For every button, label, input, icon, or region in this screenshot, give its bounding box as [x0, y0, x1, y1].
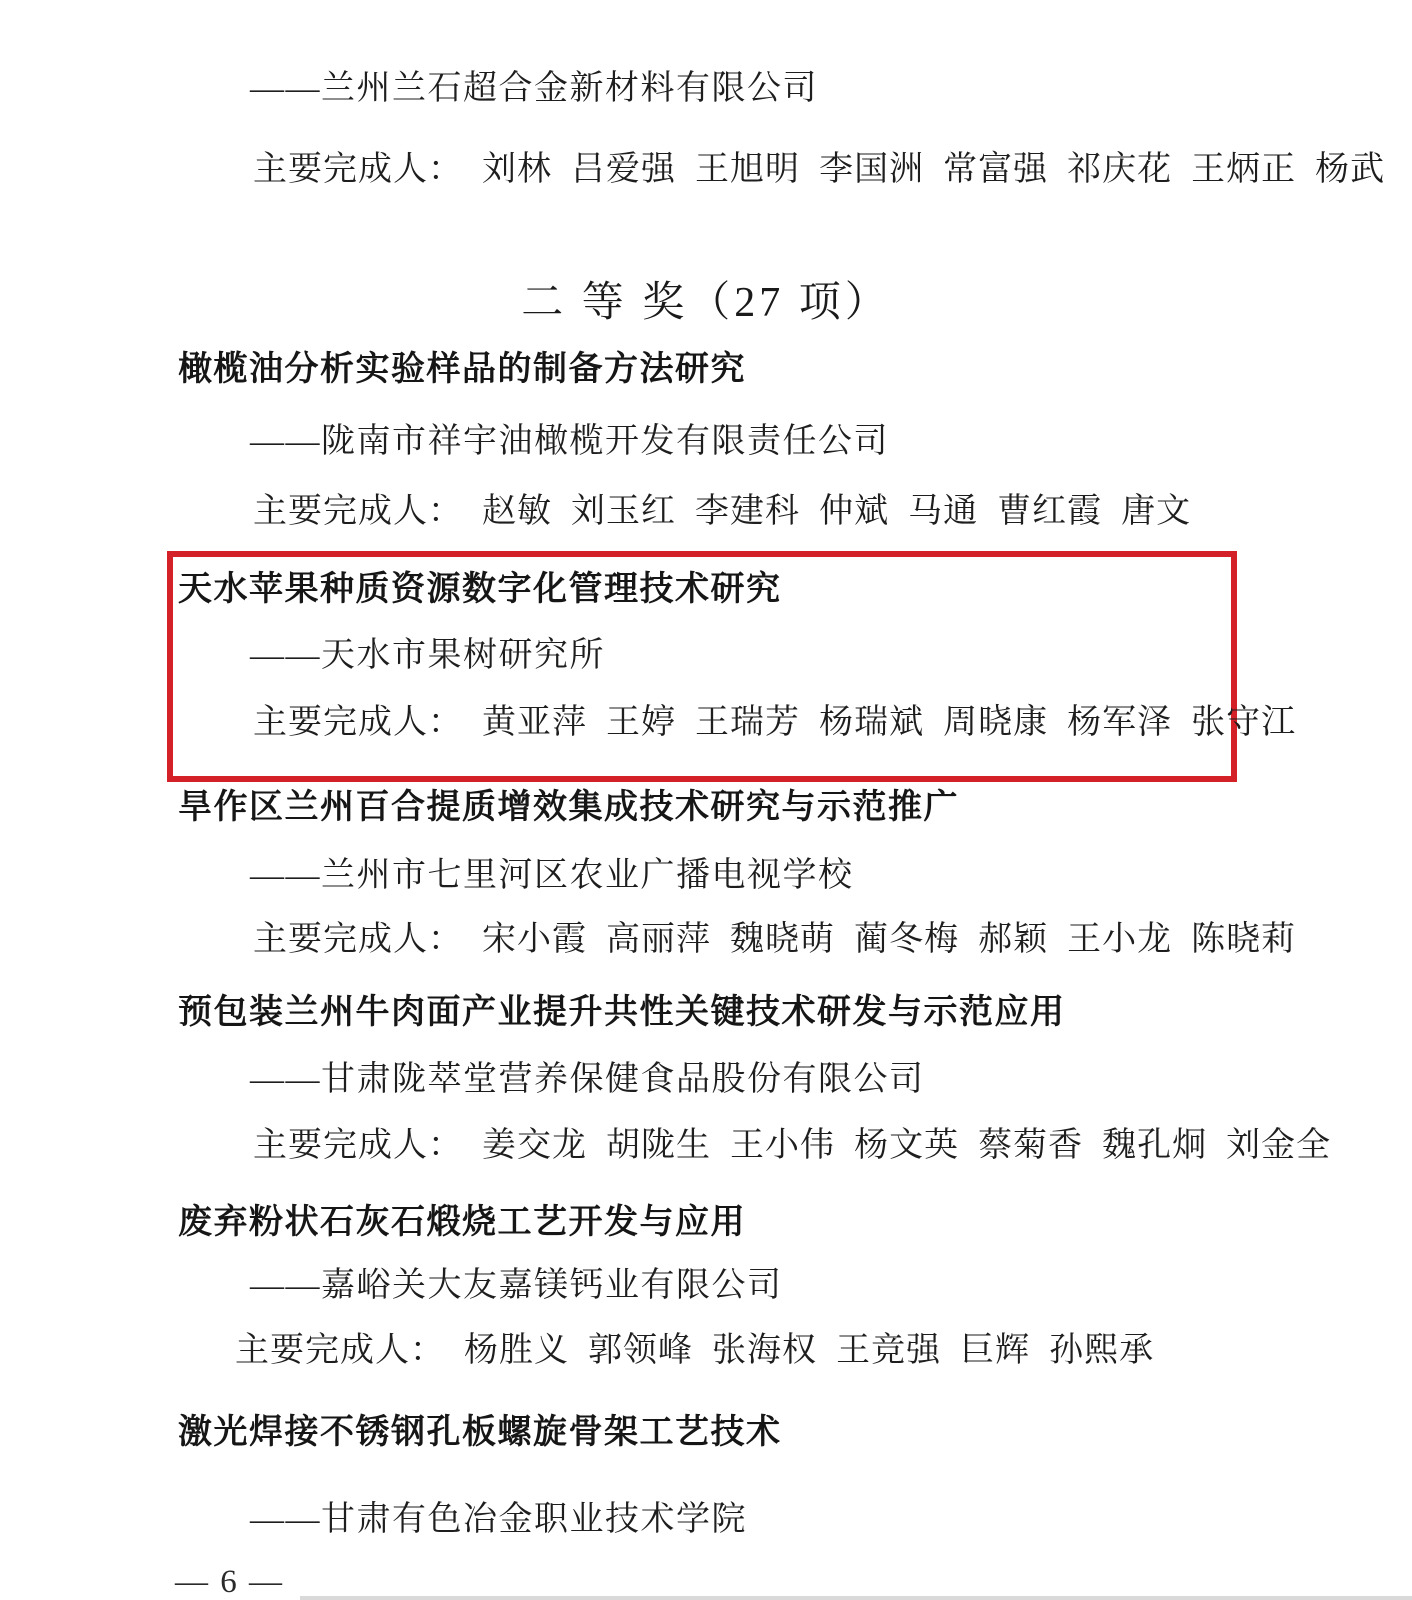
document-page: ——兰州兰石超合金新材料有限公司 主要完成人： 刘林 吕爱强 王旭明 李国洲 常… [0, 0, 1412, 1600]
entry-title: 激光焊接不锈钢孔板螺旋骨架工艺技术 [178, 1414, 782, 1452]
entry-org: ——兰州兰石超合金新材料有限公司 [250, 70, 818, 108]
entry-title: 旱作区兰州百合提质增效集成技术研究与示范推广 [178, 789, 959, 827]
entry-people: 主要完成人： 赵敏 刘玉红 李建科 仲斌 马通 曹红霞 唐文 [253, 493, 1191, 531]
entry-people: 主要完成人： 黄亚萍 王婷 王瑞芳 杨瑞斌 周晓康 杨军泽 张守江 [253, 704, 1296, 742]
entry-org: ——甘肃有色冶金职业技术学院 [250, 1501, 747, 1539]
entry-org: ——陇南市祥宇油橄榄开发有限责任公司 [250, 423, 889, 461]
entry-people: 主要完成人： 杨胜义 郭领峰 张海权 王竞强 巨辉 孙熙承 [235, 1332, 1154, 1370]
entry-org: ——甘肃陇萃堂营养保健食品股份有限公司 [250, 1061, 925, 1099]
entry-org: ——嘉峪关大友嘉镁钙业有限公司 [250, 1267, 783, 1305]
scan-edge-artifact [300, 1596, 1412, 1600]
entry-org: ——天水市果树研究所 [250, 637, 605, 675]
entry-people: 主要完成人： 姜交龙 胡陇生 王小伟 杨文英 蔡菊香 魏孔炯 刘金全 [253, 1127, 1331, 1165]
section-heading: 二 等 奖（27 项） [0, 280, 1412, 326]
entry-org: ——兰州市七里河区农业广播电视学校 [250, 857, 854, 895]
entry-title: 废弃粉状石灰石煅烧工艺开发与应用 [178, 1204, 746, 1242]
page-number: — 6 — [175, 1563, 284, 1600]
entry-title-highlighted: 天水苹果种质资源数字化管理技术研究 [178, 571, 782, 609]
entry-title: 预包装兰州牛肉面产业提升共性关键技术研发与示范应用 [178, 994, 1066, 1032]
entry-people: 主要完成人： 宋小霞 高丽萍 魏晓萌 蔺冬梅 郝颖 王小龙 陈晓莉 [253, 921, 1296, 959]
entry-title: 橄榄油分析实验样品的制备方法研究 [178, 351, 746, 389]
entry-people: 主要完成人： 刘林 吕爱强 王旭明 李国洲 常富强 祁庆花 王炳正 杨武 [253, 151, 1385, 189]
